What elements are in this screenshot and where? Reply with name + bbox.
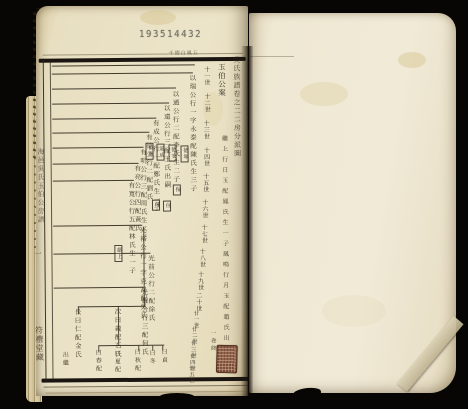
tree-branch-line bbox=[53, 163, 139, 165]
generation-label: 十九世 bbox=[197, 271, 203, 291]
tree-branch-line bbox=[52, 103, 169, 105]
genealogy-chart: 以瑞公行一字永泰配陳氏生三子以通公行二配李氏生二子以遠公行三配王氏出嗣有成公行一… bbox=[0, 0, 468, 409]
scanned-genealogy-book-photo: 193514432 以瑞公行一字永泰配陳氏生三子以通公行二配李氏生二子以遠公行三… bbox=[0, 0, 468, 409]
generation-label: 十一世 bbox=[203, 66, 209, 86]
generation-label: 十七世 bbox=[200, 224, 206, 244]
generation-label: 十八世 bbox=[198, 248, 204, 268]
tree-branch-line bbox=[54, 287, 144, 289]
boxed-name: 傳 bbox=[152, 200, 160, 211]
chart-top-thin-line bbox=[43, 53, 243, 56]
ragged-edge bbox=[448, 382, 466, 396]
tree-branch-line bbox=[53, 180, 134, 182]
lineage-name-text: 出繼 bbox=[61, 351, 67, 367]
lineage-name-text: 有寬公行五配林氏生一子 bbox=[128, 182, 135, 276]
page-number: 一 bbox=[34, 250, 41, 257]
lineage-name-text: 長曰仁配金氏 bbox=[74, 308, 81, 359]
generation-label: 十四世 bbox=[202, 147, 208, 167]
lineage-name-text: 一卷終 bbox=[209, 330, 215, 353]
generation-label: 十二世 bbox=[203, 93, 209, 113]
generation-label: 二十世 bbox=[195, 292, 201, 312]
chart-left-inner-border bbox=[50, 62, 54, 380]
tree-branch-line bbox=[52, 147, 143, 149]
top-margin-note: 千總白鳳五 bbox=[169, 49, 199, 56]
fore-edge-title: 海邑吳氏玉伯公房譜 bbox=[37, 148, 44, 225]
lineage-name-text: 曰春配 bbox=[94, 349, 100, 373]
tree-branch-line bbox=[78, 306, 145, 308]
tree-branch-line bbox=[52, 132, 149, 134]
tree-branch-line bbox=[52, 118, 156, 120]
lineage-name-text: 曰冬 bbox=[148, 350, 154, 366]
boxed-name: 德安 bbox=[168, 145, 176, 162]
branch-title: 玉伯公案 bbox=[218, 63, 226, 97]
generation-label: 廿五世 bbox=[187, 365, 193, 383]
tree-branch-line bbox=[98, 345, 164, 347]
volume-title: 吳氏族譜卷之二二房分派圖 bbox=[233, 56, 241, 158]
generation-label: 十六世 bbox=[201, 199, 207, 219]
generation-label: 十五世 bbox=[202, 173, 208, 193]
boxed-name: 住 bbox=[163, 201, 171, 212]
book-spine-fold bbox=[241, 46, 253, 396]
lineage-name-text: 光耀公行三配何氏 bbox=[141, 289, 148, 357]
annotation-column: 繼上行日玉配鳳氏生一子鳳鳴行月玉配趙氏出 bbox=[220, 135, 228, 345]
family-tree-layer: 以瑞公行一字永泰配陳氏生三子以通公行二配李氏生二子以遠公行三配王氏出嗣有成公行一… bbox=[0, 0, 466, 2]
chart-bottom-border bbox=[42, 377, 249, 383]
lineage-name-text: 以瑞公行一字永泰配陳氏生三子 bbox=[189, 74, 197, 193]
boxed-name: 祖興 bbox=[145, 143, 153, 160]
lineage-name-text: 以通公行二配李氏生二子 bbox=[172, 90, 179, 184]
lineage-name-text: 曰貞 bbox=[160, 349, 166, 365]
tree-branch-line bbox=[52, 72, 193, 74]
tree-branch-line bbox=[52, 88, 176, 90]
chart-bottom-thin-line bbox=[44, 385, 248, 388]
boxed-name: 保 bbox=[173, 184, 181, 195]
lineage-name-text: 曰夏配 bbox=[113, 350, 119, 374]
ragged-edge bbox=[160, 393, 194, 400]
tree-branch-line bbox=[52, 64, 195, 66]
lineage-name-text: 光前公行二配徐氏 bbox=[147, 255, 154, 323]
collector-seal-stamp bbox=[216, 345, 238, 374]
boxed-name: 絪上 bbox=[114, 245, 122, 262]
collection-mark: 符禮堂藏 bbox=[34, 326, 43, 362]
boxed-name: 道成 bbox=[156, 144, 164, 161]
boxed-name: 德寧 bbox=[180, 145, 188, 162]
lineage-name-text: 曰秋配 bbox=[133, 349, 139, 373]
chart-top-border bbox=[39, 57, 246, 63]
generation-label: 十三世 bbox=[202, 120, 208, 140]
page-bottom-edge-line bbox=[46, 391, 246, 394]
